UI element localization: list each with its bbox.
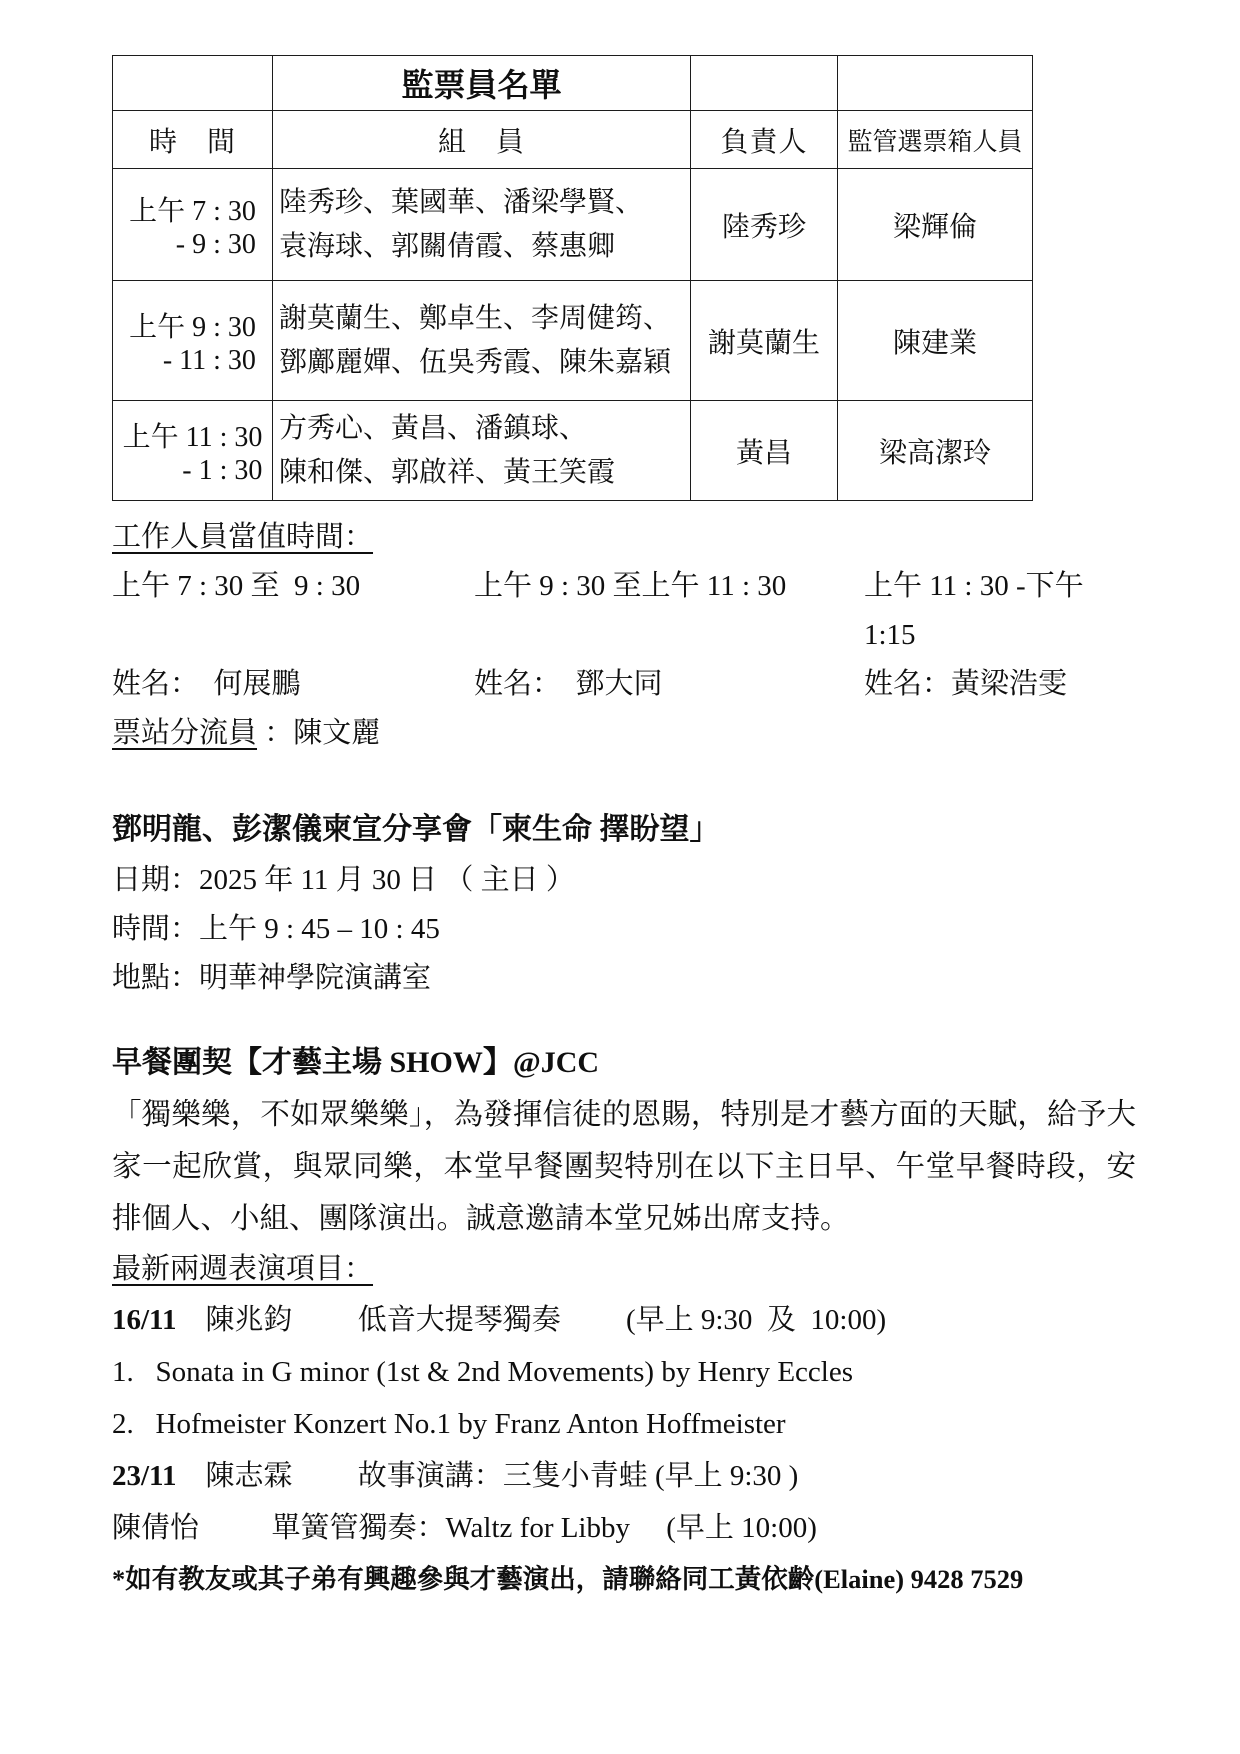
table-header-row: 時 間 組 員 負責人 監管選票箱人員 [113,111,1033,169]
members-line1: 陸秀珍、葉國華、潘梁學賢、 [279,187,643,218]
members-line1: 謝莫蘭生、鄭卓生、李周健筠、 [279,303,671,334]
performance-date: 23/11 [112,1460,176,1492]
members-cell: 陸秀珍、葉國華、潘梁學賢、 袁海球、郭關倩霞、蔡惠卿 [273,169,691,281]
diverter-line: 票站分流員 ：陳文麗 [112,709,1136,758]
duty-slots: 上午 7 : 30 至 9 : 30 上午 9 : 30 至上午 11 : 30… [112,562,1136,660]
time-line1: 上午 7 : 30 [129,196,256,227]
duty-section: 工作人員當值時間： 上午 7 : 30 至 9 : 30 上午 9 : 30 至… [112,513,1136,758]
time-line1: 上午 9 : 30 [129,312,256,343]
supervisor-cell: 陳建業 [838,281,1033,401]
duty-name-3: 姓名：黃梁浩雯 [864,660,1136,709]
breakfast-paragraph: 「獨樂樂，不如眾樂樂」，為發揮信徒的恩賜，特別是才藝方面的天賦，給予大家一起欣賞… [112,1089,1136,1245]
sharing-date: 日期：2025 年 11 月 30 日 （ 主日 ） [112,856,1136,905]
vote-supervisor-table: 監票員名單 時 間 組 員 負責人 監管選票箱人員 上午 7 : 30 - 9 … [112,55,1033,501]
schedule-heading: 最新兩週表演項目： [112,1245,1136,1294]
table-title: 監票員名單 [273,56,691,111]
table-title-row: 監票員名單 [113,56,1033,111]
empty-cell [838,56,1033,111]
members-line2: 陳和傑、郭啟祥、黃王笑霞 [279,457,615,488]
supervisor-cell: 梁輝倫 [838,169,1033,281]
supervisor-cell: 梁高潔玲 [838,401,1033,501]
time-cell: 上午 11 : 30 - 1 : 30 [113,401,273,501]
breakfast-heading: 早餐團契【才藝主場 SHOW】@JCC [112,1037,1136,1089]
performance-item: 23/11 陳志霖 故事演講：三隻小青蛙 (早上 9:30 ) [112,1450,1136,1502]
time-line2: - 1 : 30 [182,455,262,486]
leader-cell: 陸秀珍 [691,169,838,281]
duty-name-2: 姓名： 鄧大同 [474,660,864,709]
members-line1: 方秀心、黃昌、潘鎮球、 [279,413,587,444]
sharing-section: 鄧明龍、彭潔儀柬宣分享會「柬生命 擇盼望」 日期：2025 年 11 月 30 … [112,804,1136,1003]
header-leader: 負責人 [691,111,838,169]
duty-names: 姓名： 何展鵬 姓名： 鄧大同 姓名：黃梁浩雯 [112,660,1136,709]
time-line2: - 9 : 30 [176,229,256,260]
duty-slot-2: 上午 9 : 30 至上午 11 : 30 [474,562,864,660]
performance-date: 16/11 [112,1304,176,1336]
time-line1: 上午 11 : 30 [123,422,263,453]
diverter-value: ：陳文麗 [257,717,380,749]
table-row: 上午 11 : 30 - 1 : 30 方秀心、黃昌、潘鎮球、 陳和傑、郭啟祥、… [113,401,1033,501]
time-line2: - 11 : 30 [163,345,256,376]
leader-cell: 謝莫蘭生 [691,281,838,401]
performance-text: 陳兆鈞 低音大提琴獨奏 (早上 9:30 及 10:00) [176,1304,886,1336]
duty-slot-1: 上午 7 : 30 至 9 : 30 [112,562,474,660]
sharing-heading: 鄧明龍、彭潔儀柬宣分享會「柬生命 擇盼望」 [112,804,1136,856]
diverter-label: 票站分流員 [112,717,257,749]
members-cell: 謝莫蘭生、鄭卓生、李周健筠、 鄧鄺麗嬋、伍吳秀霞、陳朱嘉穎 [273,281,691,401]
performance-text: 陳倩怡 單簧管獨奏：Waltz for Libby (早上 10:00) [112,1512,817,1544]
members-line2: 鄧鄺麗嬋、伍吳秀霞、陳朱嘉穎 [279,347,671,378]
duty-heading: 工作人員當值時間： [112,513,1136,562]
performance-text: 2. Hofmeister Konzert No.1 by Franz Anto… [112,1408,786,1440]
sharing-venue: 地點：明華神學院演講室 [112,954,1136,1003]
header-time: 時 間 [113,111,273,169]
table-row: 上午 7 : 30 - 9 : 30 陸秀珍、葉國華、潘梁學賢、 袁海球、郭關倩… [113,169,1033,281]
header-members: 組 員 [273,111,691,169]
breakfast-section: 早餐團契【才藝主場 SHOW】@JCC 「獨樂樂，不如眾樂樂」，為發揮信徒的恩賜… [112,1037,1136,1600]
performance-item: 2. Hofmeister Konzert No.1 by Franz Anto… [112,1398,1136,1450]
time-cell: 上午 9 : 30 - 11 : 30 [113,281,273,401]
time-cell: 上午 7 : 30 - 9 : 30 [113,169,273,281]
leader-cell: 黃昌 [691,401,838,501]
performance-text: 1. Sonata in G minor (1st & 2nd Movement… [112,1356,853,1388]
performance-item: 陳倩怡 單簧管獨奏：Waltz for Libby (早上 10:00) [112,1502,1136,1554]
members-line2: 袁海球、郭關倩霞、蔡惠卿 [279,231,615,262]
performance-item: 1. Sonata in G minor (1st & 2nd Movement… [112,1346,1136,1398]
duty-name-1: 姓名： 何展鵬 [112,660,474,709]
header-supervisor: 監管選票箱人員 [838,111,1033,169]
empty-cell [691,56,838,111]
empty-cell [113,56,273,111]
contact-footnote: *如有教友或其子弟有興趣參與才藝演出，請聯絡同工黃依齡(Elaine) 9428… [112,1558,1136,1600]
duty-slot-3: 上午 11 : 30 -下午 1:15 [864,562,1136,660]
document-page: 監票員名單 時 間 組 員 負責人 監管選票箱人員 上午 7 : 30 - 9 … [0,0,1240,1620]
sharing-time: 時間：上午 9 : 45 – 10 : 45 [112,905,1136,954]
performance-item: 16/11 陳兆鈞 低音大提琴獨奏 (早上 9:30 及 10:00) [112,1294,1136,1346]
performance-text: 陳志霖 故事演講：三隻小青蛙 (早上 9:30 ) [176,1460,798,1492]
members-cell: 方秀心、黃昌、潘鎮球、 陳和傑、郭啟祥、黃王笑霞 [273,401,691,501]
table-row: 上午 9 : 30 - 11 : 30 謝莫蘭生、鄭卓生、李周健筠、 鄧鄺麗嬋、… [113,281,1033,401]
